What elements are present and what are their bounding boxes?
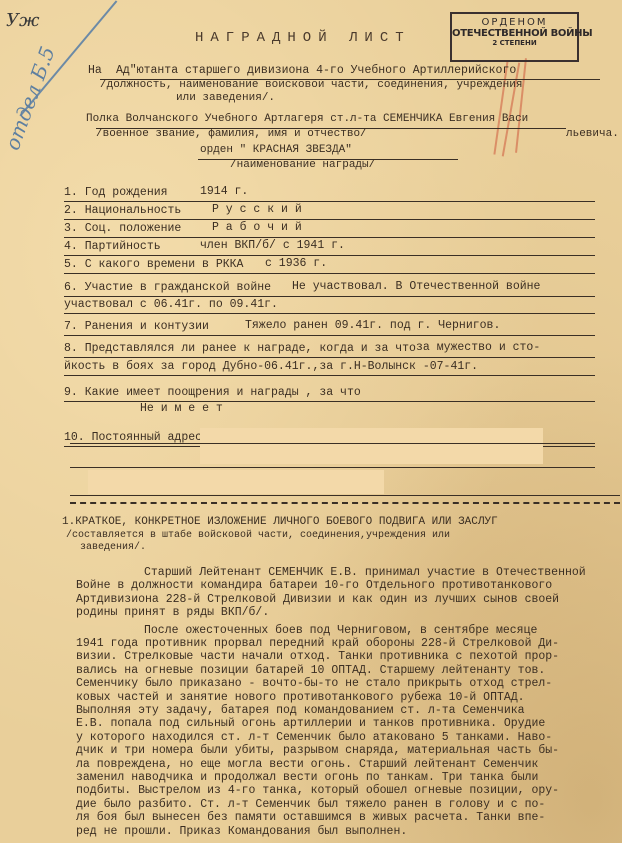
field-5: 5. С какого времени в РККА (64, 258, 243, 271)
rule (70, 443, 595, 444)
document-title: НАГРАДНОЙ ЛИСТ (195, 30, 411, 46)
narrative-line: у которого находился ст. л-т Семенчик бы… (76, 731, 552, 744)
field-underline (64, 219, 595, 220)
rule (70, 495, 620, 496)
narrative-line: Старший Лейтенант СЕМЕНЧИК Е.В. принимал… (144, 566, 586, 579)
narrative-line: заменил наводчика и продолжал вести огон… (76, 771, 538, 784)
field-9: 9. Какие имеет поощрения и награды , за … (64, 386, 361, 399)
field-label: 8. Представлялся ли ранее к награде, ког… (64, 342, 416, 355)
field-underline (64, 375, 595, 376)
award-caption: /наименование награды/ (230, 159, 375, 171)
award-line: орден " КРАСНАЯ ЗВЕЗДА" (200, 144, 352, 156)
field-2: 2. Национальность (64, 204, 181, 217)
field-underline (64, 357, 595, 358)
field-value: Р у с с к и й (212, 203, 302, 216)
narrative-line: дчик и три номера были убиты, разрывом с… (76, 744, 559, 757)
narrative-line: вались на огневые позиции батарей 10 ОПТ… (76, 664, 545, 677)
field-label: 5. С какого времени в РККА (64, 258, 243, 271)
section-heading: 1.КРАТКОЕ, КОНКРЕТНОЕ ИЗЛОЖЕНИЕ ЛИЧНОГО … (62, 516, 498, 528)
position-caption: /должность, наименование войсковой части… (100, 79, 522, 91)
narrative-line: Семенчику было приказано - вочто-бы-то н… (76, 677, 552, 690)
field-value-continued: йкость в боях за город Дубно-06.41г.,за … (64, 360, 478, 373)
field-value: Не участвовал. В Отечественной войне (292, 280, 540, 293)
narrative-line: ред не прошли. Приказ Командования был в… (76, 825, 407, 838)
handwritten-initials: Уж (6, 10, 39, 31)
award-stamp: ОРДЕНОМ ОТЕЧЕСТВЕННОЙ ВОЙНЫ 2 СТЕПЕНИ (450, 12, 579, 62)
stamp-line-1: ОРДЕНОМ (452, 17, 577, 28)
narrative-line: ля боя был вынесен без памяти оставшимся… (76, 811, 545, 824)
field-underline (64, 335, 595, 336)
field-label: 7. Ранения и контузии (64, 320, 209, 333)
narrative-line: подбиты. Выстрелом из 4-го танка, которы… (76, 784, 559, 797)
narrative-line: Е.В. попала под сильный огонь артиллерии… (76, 717, 545, 730)
field-label: 4. Партийность (64, 240, 161, 253)
field-label: 1. Год рождения (64, 186, 168, 199)
field-label: 2. Национальность (64, 204, 181, 217)
position-line: Ад"ютанта старшего дивизиона 4-го Учебно… (116, 64, 516, 77)
field-underline (64, 237, 595, 238)
field-8: 8. Представлялся ли ранее к награде, ког… (64, 342, 416, 355)
field-7: 7. Ранения и контузии (64, 320, 209, 333)
narrative-line: Выполняя эту задачу, батарея под командо… (76, 704, 525, 717)
narrative-line: Артдивизиона 228-й Стрелковой Дивизии и … (76, 593, 559, 606)
dashed-separator (70, 502, 620, 504)
field-label: 3. Соц. положение (64, 222, 181, 235)
narrative-line: ла повреждена, но еще могла вести огонь.… (76, 758, 538, 771)
stamp-line-2: ОТЕЧЕСТВЕННОЙ ВОЙНЫ (452, 28, 577, 39)
field-underline (64, 313, 595, 314)
field-underline (64, 296, 595, 297)
field-underline (64, 201, 595, 202)
redacted-address-2 (88, 470, 384, 494)
field-value: с 1936 г. (265, 257, 327, 270)
name-continuation: льевича. (566, 128, 619, 140)
narrative-line: визии. Стрелковые части начали отход. Та… (76, 650, 559, 663)
narrative-line: 1941 года противник прорвал передний кра… (76, 637, 559, 650)
narrative-line: Войне в должности командира батареи 10-г… (76, 579, 552, 592)
field-label: 9. Какие имеет поощрения и награды , за … (64, 386, 361, 399)
field-underline (64, 273, 595, 274)
narrative-line: После ожесточенных боев под Черниговом, … (144, 624, 537, 637)
field-6: 6. Участие в гражданской войне (64, 281, 271, 294)
field-value: Не и м е е т (140, 402, 223, 415)
field-label: 6. Участие в гражданской войне (64, 281, 271, 294)
field-1: 1. Год рождения (64, 186, 168, 199)
narrative-line: дие было разбито. Ст. л-т Семенчик был т… (76, 798, 545, 811)
narrative-line: родины принят в ряды ВКП/б/. (76, 606, 269, 619)
rule (70, 467, 595, 468)
field-value: 1914 г. (200, 185, 248, 198)
field-underline (64, 255, 595, 256)
section-caption: /составляется в штабе войсковой части, с… (66, 530, 450, 541)
field-value: за мужество и сто- (416, 341, 540, 354)
handwritten-margin-note: отдел Б.5 (0, 43, 60, 153)
na-label: На (88, 64, 102, 77)
name-line: Полка Волчанского Учебного Артлагеря ст.… (86, 113, 528, 125)
field-3: 3. Соц. положение (64, 222, 181, 235)
field-value: Тяжело ранен 09.41г. под г. Чернигов. (245, 319, 500, 332)
position-caption-2: или заведения/. (176, 92, 275, 104)
stamp-line-3: 2 СТЕПЕНИ (452, 39, 577, 47)
field-value-continued: участвовал с 06.41г. по 09.41г. (64, 298, 278, 311)
redacted-address (200, 428, 543, 464)
field-value: член ВКП/б/ с 1941 г. (200, 239, 345, 252)
field-4: 4. Партийность (64, 240, 161, 253)
section-caption-2: заведения/. (80, 542, 146, 553)
narrative-line: ковых частей и занятие нового противотан… (76, 691, 525, 704)
field-value: Р а б о ч и й (212, 221, 302, 234)
name-caption: /военное звание, фамилия, имя и отчество… (96, 128, 367, 140)
